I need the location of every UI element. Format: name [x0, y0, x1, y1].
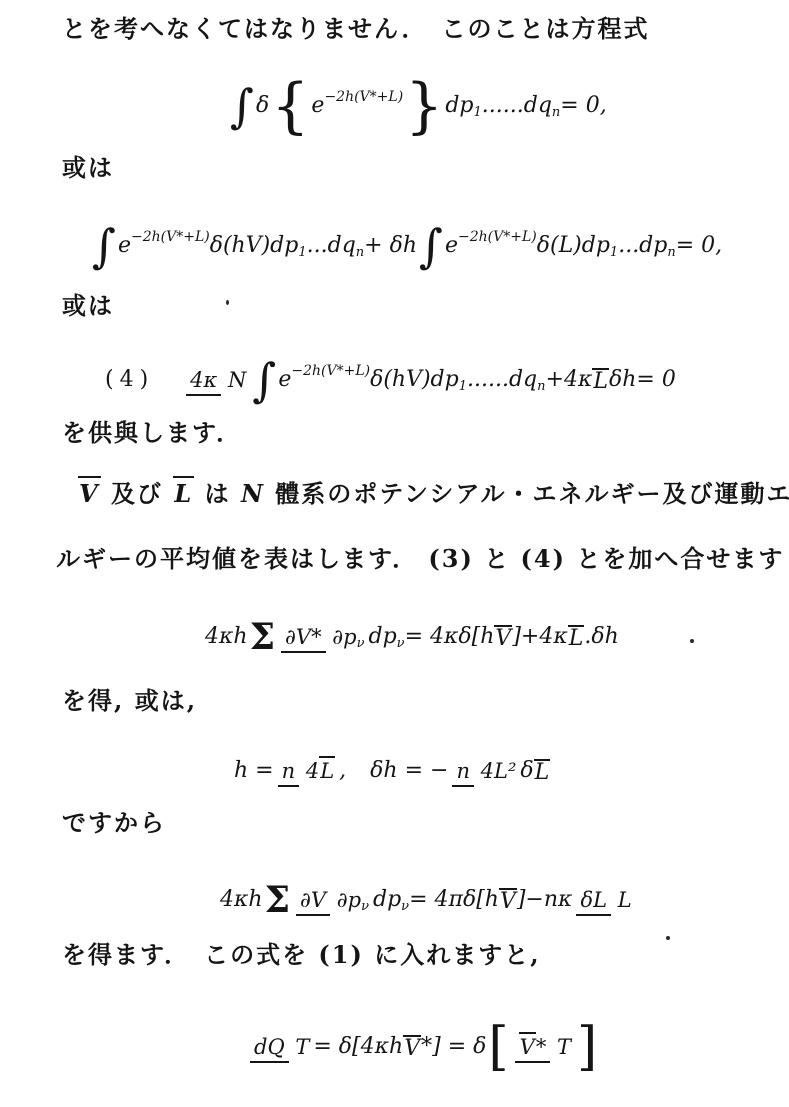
eq7-mid1: = δ[4κh: [313, 1034, 403, 1059]
integral-sign: ∫: [419, 227, 443, 266]
eq4-dp: dp: [368, 624, 396, 649]
eq3-exponent: −2h(V*+L): [291, 363, 370, 379]
eq6-frac-num: ∂V: [296, 888, 330, 916]
eq1-base: e: [311, 93, 324, 118]
eq1-equals-zero: = 0,: [560, 93, 606, 118]
eq7-fraction-2: V* T: [515, 1035, 571, 1059]
equation-sum-dV: 4κh Σ ∂V ∂pν dp ν = 4πδ[h V ]−nκ δL L: [220, 866, 636, 934]
eq3-equals-zero: = 0: [636, 367, 675, 392]
eq4-frac-den: ∂pν: [332, 623, 364, 649]
eq7-frac2-Vbar: V: [519, 1032, 536, 1059]
integral-sign: ∫: [230, 87, 254, 126]
eq1-exponent: −2h(V*+L): [324, 89, 403, 105]
eq5-frac1-den-Lbar: L: [319, 756, 335, 783]
summation-sign: Σ: [250, 623, 275, 652]
eq5-frac2-num: n: [452, 759, 474, 787]
eq4-frac-den-sub: ν: [357, 636, 365, 651]
get-or-text-line: を得, 或は,: [62, 686, 197, 716]
eq7-mid2: ] = δ: [432, 1034, 486, 1059]
ink-speck: [226, 300, 229, 305]
eq3-frac-num: 4κ: [186, 368, 221, 396]
eq6-frac-den-sub: ν: [361, 899, 369, 914]
eq6-frac2-den: L: [618, 886, 632, 912]
eq3-fraction: 4κ N: [186, 368, 246, 392]
eq4-rhs3: .δh: [584, 624, 618, 649]
eq7-frac1-num: dQ: [250, 1035, 289, 1063]
para-Lbar: L: [173, 476, 194, 508]
eq3-frac-den: N: [228, 366, 246, 392]
eq1-differentials: dp: [445, 93, 473, 118]
eq5-mid: δh = −: [370, 758, 448, 783]
eq7-frac2-den: T: [557, 1033, 571, 1059]
para-text-1: 及び: [101, 479, 174, 508]
eq6-Vbar: V: [499, 888, 517, 913]
eq5-frac1-num: n: [278, 759, 300, 787]
right-curly-brace: }: [405, 84, 443, 129]
eq3-deltah: δh: [609, 367, 636, 392]
para-N: N: [241, 479, 265, 508]
eq2-sub2: 1: [610, 246, 618, 261]
integral-sign: ∫: [92, 227, 116, 266]
eq2-subn1: n: [356, 246, 364, 261]
equation-h-definition: h = n 4L , δh = − n 4L² δ L: [234, 740, 550, 802]
get-put-text-line: を得ます． この式を (1) に入れますと,: [62, 940, 541, 970]
eq3-mid1: δ(hV)dp: [370, 367, 459, 392]
therefore-text-line: ですから: [62, 808, 166, 838]
equation-dQ-over-T: dQ T = δ[4κh V * ] = δ [ V* T ]: [246, 1008, 599, 1086]
eq5-fraction-1: n 4L: [278, 759, 336, 783]
eq4-frac-num: ∂V*: [281, 625, 326, 653]
eq6-frac2-num: δL: [576, 888, 611, 916]
eq4-Lbar: L: [568, 625, 585, 650]
eq2-sub1: 1: [298, 246, 306, 261]
eq3-subn: n: [537, 380, 545, 395]
eq3-Lbar: L: [592, 368, 609, 393]
equation-sum-dVstar: 4κh Σ ∂V* ∂pν dp ν = 4κδ[h V ]+4κ L .δh: [205, 604, 619, 670]
eq7-Vbar: V: [403, 1035, 421, 1060]
eq5-Lbar: L: [534, 759, 551, 784]
eq6-prefix: 4κh: [220, 887, 263, 912]
eq2-mid1: δ(hV)dp: [210, 233, 299, 258]
eq5-frac2-den: 4L²: [481, 757, 517, 783]
left-square-bracket: [: [488, 1027, 508, 1068]
eq6-dp-sub: ν: [401, 900, 409, 915]
or-text-1: 或は: [62, 153, 114, 183]
eq5-lhs: h =: [234, 758, 274, 783]
eq2-mid2: ...dq: [307, 233, 356, 258]
eq4-Vbar: V: [494, 625, 512, 650]
eq2-exponent2: −2h(V*+L): [458, 229, 537, 245]
eq6-dp: dp: [373, 887, 401, 912]
eq7-fraction-1: dQ T: [250, 1035, 309, 1059]
eq6-frac-den: ∂pν: [337, 886, 369, 912]
ink-speck: [666, 936, 670, 940]
eq6-fraction: ∂V ∂pν: [296, 888, 369, 912]
equation-number-label: (4): [105, 367, 154, 392]
eq5-delta: δ: [520, 758, 533, 783]
eq7-frac2-star: *: [536, 1035, 547, 1059]
eq3-plus-term: +4κ: [546, 367, 593, 392]
intro-text-line: とを考へなくてはなりません． このことは方程式: [62, 14, 649, 44]
paragraph-line-2: ルギーの平均値を表はします． (3) と (4) とを加へ合せますと,: [56, 544, 789, 574]
eq1-dots: ......dq: [482, 93, 552, 118]
eq4-rhs2: ]+4κ: [512, 624, 567, 649]
eq5-fraction-2: n 4L²: [452, 759, 516, 783]
eq5-comma: ,: [339, 758, 346, 783]
left-curly-brace: {: [271, 84, 309, 129]
eq1-subn: n: [552, 106, 560, 121]
eq6-frac-den-text: ∂p: [337, 888, 361, 912]
equation-two-integrals: ∫ e −2h(V*+L) δ(hV)dp 1 ...dq n + δh ∫ e…: [90, 210, 722, 282]
eq2-subn2: n: [667, 246, 675, 261]
eq6-fraction-2: δL L: [576, 888, 631, 912]
eq3-sub1: 1: [459, 380, 467, 395]
summation-sign: Σ: [265, 886, 290, 915]
eq2-mid3: δ(L)dp: [537, 233, 610, 258]
equation-variation-integral: ∫ δ { e −2h(V*+L) } dp 1 ......dq n = 0,: [228, 68, 607, 144]
eq1-sub1: 1: [474, 106, 482, 121]
eq4-rhs1: = 4κδ[h: [405, 624, 495, 649]
eq2-base2: e: [445, 233, 458, 258]
eq7-frac2-num: V*: [515, 1035, 551, 1063]
eq2-mid4: ...dp: [618, 233, 667, 258]
eq2-base1: e: [118, 233, 131, 258]
para-text-3: 體系のポテンシアル・エネルギー及び運動エネ: [265, 479, 789, 508]
eq3-base: e: [278, 367, 291, 392]
eq2-equals-zero: = 0,: [676, 233, 722, 258]
paragraph-line-1: V 及び L は N 體系のポテンシアル・エネルギー及び運動エネ: [78, 479, 789, 509]
eq3-mid2: ......dq: [467, 367, 537, 392]
para-Vbar: V: [78, 476, 101, 508]
scanned-paper-page: とを考へなくてはなりません． このことは方程式 ∫ δ { e −2h(V*+L…: [0, 0, 789, 1107]
or-text-2: 或は: [62, 291, 114, 321]
integral-sign: ∫: [252, 361, 276, 400]
eq6-rhs1: = 4πδ[h: [409, 887, 499, 912]
eq5-frac1-den-4: 4: [306, 759, 319, 783]
eq4-dp-sub: ν: [397, 637, 405, 652]
right-square-bracket: ]: [577, 1027, 597, 1068]
eq7-star: *: [421, 1034, 432, 1059]
eq4-frac-den-text: ∂p: [332, 625, 356, 649]
gives-text-line: を供與します．: [62, 418, 242, 448]
eq4-fraction: ∂V* ∂pν: [281, 625, 364, 649]
equation-numbered-4: (4) 4κ N ∫ e −2h(V*+L) δ(hV)dp 1 ......d…: [105, 343, 676, 417]
para-text-2: は: [194, 479, 241, 508]
eq7-frac1-den: T: [295, 1033, 309, 1059]
eq2-exponent1: −2h(V*+L): [131, 229, 210, 245]
eq4-prefix: 4κh: [205, 624, 248, 649]
eq1-delta: δ: [256, 93, 269, 118]
ink-speck: [690, 639, 694, 643]
eq6-rhs2: ]−nκ: [517, 887, 573, 912]
eq5-frac1-den: 4L: [306, 757, 335, 783]
eq2-plus-deltah: + δh: [364, 233, 417, 258]
